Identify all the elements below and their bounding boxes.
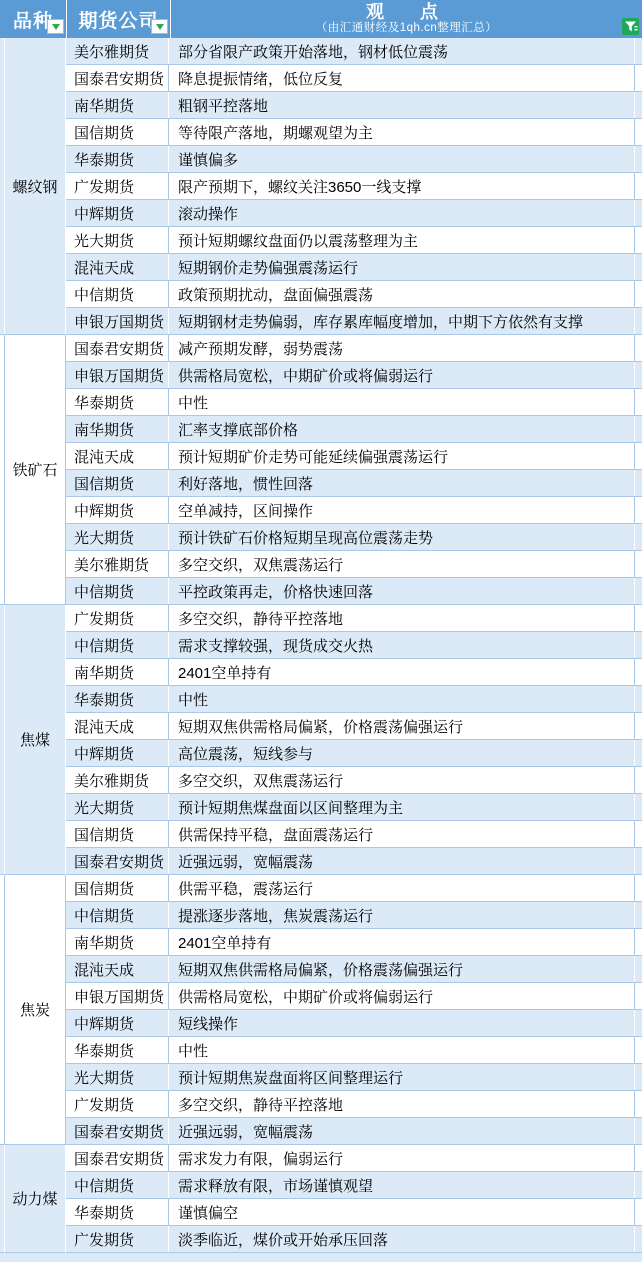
right-edge-strip <box>635 335 642 361</box>
company-cell[interactable]: 国泰君安期货 <box>66 65 169 91</box>
right-edge-strip <box>635 1145 642 1171</box>
view-cell[interactable]: 需求释放有限，市场谨慎观望 <box>169 1172 635 1198</box>
company-cell[interactable]: 国信期货 <box>66 119 169 145</box>
table-row: 中辉期货高位震荡，短线参与 <box>66 740 642 767</box>
view-cell[interactable]: 中性 <box>169 389 635 415</box>
right-edge-strip <box>635 1172 642 1198</box>
right-edge-strip <box>635 281 642 307</box>
right-edge-strip <box>635 416 642 442</box>
right-edge-strip <box>635 713 642 739</box>
company-cell[interactable]: 华泰期货 <box>66 686 169 712</box>
view-cell[interactable]: 短线操作 <box>169 1010 635 1036</box>
right-edge-strip <box>635 821 642 847</box>
right-edge-strip <box>635 875 642 901</box>
view-cell[interactable]: 预计短期矿价走势可能延续偏强震荡运行 <box>169 443 635 469</box>
table-row: 光大期货预计短期焦炭盘面将区间整理运行 <box>66 1064 642 1091</box>
view-cell[interactable]: 高位震荡，短线参与 <box>169 740 635 766</box>
company-cell[interactable]: 广发期货 <box>66 173 169 199</box>
table-row: 广发期货多空交织，静待平控落地 <box>66 1091 642 1118</box>
table-row: 南华期货2401空单持有 <box>66 659 642 686</box>
view-cell[interactable]: 供需保持平稳，盘面震荡运行 <box>169 821 635 847</box>
right-edge-strip <box>635 308 642 334</box>
right-edge-strip <box>635 686 642 712</box>
company-cell[interactable]: 中辉期货 <box>66 740 169 766</box>
section-rows: 广发期货多空交织，静待平控落地中信期货需求支撑较强，现货成交火热南华期货2401… <box>66 605 642 875</box>
right-edge-strip <box>635 92 642 118</box>
right-edge-strip <box>635 632 642 658</box>
right-edge-strip <box>635 200 642 226</box>
table-row: 国信期货利好落地，惯性回落 <box>66 470 642 497</box>
variety-cell[interactable]: 动力煤 <box>5 1145 66 1253</box>
view-cell[interactable]: 中性 <box>169 686 635 712</box>
view-cell[interactable]: 预计短期焦炭盘面将区间整理运行 <box>169 1064 635 1090</box>
table-row: 中辉期货短线操作 <box>66 1010 642 1037</box>
company-cell[interactable]: 广发期货 <box>66 1226 169 1252</box>
view-cell[interactable]: 谨慎偏多 <box>169 146 635 172</box>
table-row: 华泰期货中性 <box>66 389 642 416</box>
section-rows: 美尔雅期货部分省限产政策开始落地，钢材低位震荡国泰君安期货降息提振情绪，低位反复… <box>66 38 642 335</box>
right-edge-strip <box>635 659 642 685</box>
view-cell[interactable]: 供需格局宽松，中期矿价或将偏弱运行 <box>169 362 635 388</box>
table-row: 中信期货提涨逐步落地，焦炭震荡运行 <box>66 902 642 929</box>
company-cell[interactable]: 中信期货 <box>66 1172 169 1198</box>
company-filter-dropdown[interactable] <box>151 19 168 34</box>
chevron-down-icon <box>52 24 60 30</box>
variety-cell[interactable]: 焦煤 <box>5 605 66 875</box>
table-row: 国信期货供需平稳，震荡运行 <box>66 875 642 902</box>
right-edge-strip <box>635 173 642 199</box>
right-edge-strip <box>635 1118 642 1144</box>
table-row: 光大期货预计短期焦煤盘面以区间整理为主 <box>66 794 642 821</box>
company-cell[interactable]: 广发期货 <box>66 1091 169 1117</box>
company-cell[interactable]: 申银万国期货 <box>66 308 169 334</box>
right-edge-strip <box>635 65 642 91</box>
view-cell[interactable]: 2401空单持有 <box>169 659 635 685</box>
variety-section: 焦炭国信期货供需平稳，震荡运行中信期货提涨逐步落地，焦炭震荡运行南华期货2401… <box>0 875 642 1145</box>
table-row: 中信期货政策预期扰动，盘面偏强震荡 <box>66 281 642 308</box>
table-row: 国泰君安期货需求发力有限，偏弱运行 <box>66 1145 642 1172</box>
company-cell[interactable]: 中信期货 <box>66 578 169 604</box>
table-row: 华泰期货谨慎偏空 <box>66 1199 642 1226</box>
view-cell[interactable]: 谨慎偏空 <box>169 1199 635 1225</box>
right-edge-strip <box>635 956 642 982</box>
right-edge-strip <box>635 254 642 280</box>
view-cell[interactable]: 需求发力有限，偏弱运行 <box>169 1145 635 1171</box>
view-cell[interactable]: 短期钢材走势偏弱，库存累库幅度增加，中期下方依然有支撑 <box>169 308 635 334</box>
table-row: 混沌天成短期双焦供需格局偏紧，价格震荡偏强运行 <box>66 956 642 983</box>
table-row: 光大期货预计铁矿石价格短期呈现高位震荡走势 <box>66 524 642 551</box>
right-edge-strip <box>635 902 642 928</box>
view-cell[interactable]: 利好落地，惯性回落 <box>169 470 635 496</box>
view-cell[interactable]: 减产预期发酵，弱势震荡 <box>169 335 635 361</box>
right-edge-strip <box>635 227 642 253</box>
table-row: 美尔雅期货多空交织，双焦震荡运行 <box>66 767 642 794</box>
right-edge-strip <box>635 146 642 172</box>
header-cell-company[interactable]: 期货公司 <box>66 0 170 38</box>
header-cell-variety[interactable]: 品种 <box>0 0 66 38</box>
view-cell[interactable]: 空单减持，区间操作 <box>169 497 635 523</box>
table-row: 国泰君安期货近强远弱，宽幅震荡 <box>66 1118 642 1145</box>
right-edge-strip <box>635 551 642 577</box>
right-edge-strip <box>635 443 642 469</box>
right-edge-strip <box>635 983 642 1009</box>
view-cell[interactable]: 短期双焦供需格局偏紧，价格震荡偏强运行 <box>169 956 635 982</box>
right-edge-strip <box>635 470 642 496</box>
company-cell[interactable]: 混沌天成 <box>66 443 169 469</box>
company-cell[interactable]: 华泰期货 <box>66 1199 169 1225</box>
futures-opinion-table: 品种 期货公司 观 点 （由汇通财经及1qh.cn整理汇总） <box>0 0 642 1262</box>
company-cell[interactable]: 国信期货 <box>66 821 169 847</box>
company-cell[interactable]: 南华期货 <box>66 929 169 955</box>
view-cell[interactable]: 多空交织，双焦震荡运行 <box>169 767 635 793</box>
table-row: 中信期货平控政策再走，价格快速回落 <box>66 578 642 605</box>
company-cell[interactable]: 中辉期货 <box>66 1010 169 1036</box>
view-cell[interactable]: 2401空单持有 <box>169 929 635 955</box>
company-cell[interactable]: 国信期货 <box>66 470 169 496</box>
company-cell[interactable]: 中信期货 <box>66 632 169 658</box>
table-row: 光大期货预计短期螺纹盘面仍以震荡整理为主 <box>66 227 642 254</box>
view-cell[interactable]: 中性 <box>169 1037 635 1063</box>
view-cell[interactable]: 粗钢平控落地 <box>169 92 635 118</box>
table-row: 申银万国期货短期钢材走势偏弱，库存累库幅度增加，中期下方依然有支撑 <box>66 308 642 335</box>
variety-section: 焦煤广发期货多空交织，静待平控落地中信期货需求支撑较强，现货成交火热南华期货24… <box>0 605 642 875</box>
table-row: 混沌天成短期双焦供需格局偏紧，价格震荡偏强运行 <box>66 713 642 740</box>
table-row: 国泰君安期货减产预期发酵，弱势震荡 <box>66 335 642 362</box>
view-cell[interactable]: 供需格局宽松，中期矿价或将偏弱运行 <box>169 983 635 1009</box>
right-edge-strip <box>635 1226 642 1252</box>
table-body: 螺纹钢美尔雅期货部分省限产政策开始落地，钢材低位震荡国泰君安期货降息提振情绪，低… <box>0 38 642 1253</box>
company-cell[interactable]: 南华期货 <box>66 659 169 685</box>
company-cell[interactable]: 光大期货 <box>66 1064 169 1090</box>
view-cell[interactable]: 平控政策再走，价格快速回落 <box>169 578 635 604</box>
table-row: 华泰期货中性 <box>66 1037 642 1064</box>
view-cell[interactable]: 降息提振情绪，低位反复 <box>169 65 635 91</box>
view-cell[interactable]: 等待限产落地，期螺观望为主 <box>169 119 635 145</box>
right-edge-strip <box>635 119 642 145</box>
company-cell[interactable]: 广发期货 <box>66 605 169 631</box>
company-cell[interactable]: 混沌天成 <box>66 713 169 739</box>
company-cell[interactable]: 国信期货 <box>66 875 169 901</box>
company-cell[interactable]: 国泰君安期货 <box>66 1118 169 1144</box>
right-edge-strip <box>635 1199 642 1225</box>
company-cell[interactable]: 南华期货 <box>66 416 169 442</box>
company-cell[interactable]: 混沌天成 <box>66 254 169 280</box>
company-cell[interactable]: 中信期货 <box>66 902 169 928</box>
company-cell[interactable]: 中辉期货 <box>66 497 169 523</box>
right-edge-strip <box>635 524 642 550</box>
company-cell[interactable]: 美尔雅期货 <box>66 551 169 577</box>
table-row: 混沌天成短期钢价走势偏强震荡运行 <box>66 254 642 281</box>
right-edge-strip <box>635 794 642 820</box>
view-cell[interactable]: 需求支撑较强，现货成交火热 <box>169 632 635 658</box>
variety-section: 动力煤国泰君安期货需求发力有限，偏弱运行中信期货需求释放有限，市场谨慎观望华泰期… <box>0 1145 642 1253</box>
company-cell[interactable]: 光大期货 <box>66 227 169 253</box>
table-row: 南华期货2401空单持有 <box>66 929 642 956</box>
view-cell[interactable]: 部分省限产政策开始落地，钢材低位震荡 <box>169 38 635 64</box>
table-row: 国信期货等待限产落地，期螺观望为主 <box>66 119 642 146</box>
view-cell[interactable]: 淡季临近，煤价或开始承压回落 <box>169 1226 635 1252</box>
table-row: 广发期货多空交织，静待平控落地 <box>66 605 642 632</box>
section-rows: 国泰君安期货需求发力有限，偏弱运行中信期货需求释放有限，市场谨慎观望华泰期货谨慎… <box>66 1145 642 1253</box>
table-row: 华泰期货中性 <box>66 686 642 713</box>
table-row: 中信期货需求支撑较强，现货成交火热 <box>66 632 642 659</box>
company-cell[interactable]: 中辉期货 <box>66 200 169 226</box>
view-cell[interactable]: 多空交织，双焦震荡运行 <box>169 551 635 577</box>
variety-filter-dropdown[interactable] <box>47 19 64 34</box>
company-cell[interactable]: 国泰君安期货 <box>66 1145 169 1171</box>
right-edge-strip <box>635 389 642 415</box>
table-row: 广发期货淡季临近，煤价或开始承压回落 <box>66 1226 642 1253</box>
table-row: 美尔雅期货部分省限产政策开始落地，钢材低位震荡 <box>66 38 642 65</box>
right-edge-strip <box>635 1010 642 1036</box>
company-cell[interactable]: 南华期货 <box>66 92 169 118</box>
company-cell[interactable]: 中信期货 <box>66 281 169 307</box>
table-row: 华泰期货谨慎偏多 <box>66 146 642 173</box>
header-row: 品种 期货公司 观 点 （由汇通财经及1qh.cn整理汇总） <box>0 0 642 38</box>
view-cell[interactable]: 汇率支撑底部价格 <box>169 416 635 442</box>
right-edge-strip <box>635 1064 642 1090</box>
table-row: 南华期货汇率支撑底部价格 <box>66 416 642 443</box>
company-cell[interactable]: 国泰君安期货 <box>66 848 169 874</box>
table-row: 中辉期货滚动操作 <box>66 200 642 227</box>
right-edge-strip <box>635 605 642 631</box>
section-rows: 国泰君安期货减产预期发酵，弱势震荡申银万国期货供需格局宽松，中期矿价或将偏弱运行… <box>66 335 642 605</box>
table-row: 中信期货需求释放有限，市场谨慎观望 <box>66 1172 642 1199</box>
company-cell[interactable]: 光大期货 <box>66 524 169 550</box>
table-row: 美尔雅期货多空交织，双焦震荡运行 <box>66 551 642 578</box>
company-cell[interactable]: 华泰期货 <box>66 389 169 415</box>
table-row: 国泰君安期货近强远弱，宽幅震荡 <box>66 848 642 875</box>
company-cell[interactable]: 华泰期货 <box>66 1037 169 1063</box>
right-edge-strip <box>635 362 642 388</box>
table-row: 申银万国期货供需格局宽松，中期矿价或将偏弱运行 <box>66 983 642 1010</box>
header-cell-view[interactable]: 观 点 （由汇通财经及1qh.cn整理汇总） <box>170 0 642 38</box>
variety-section: 铁矿石国泰君安期货减产预期发酵，弱势震荡申银万国期货供需格局宽松，中期矿价或将偏… <box>0 335 642 605</box>
table-row: 国信期货供需保持平稳，盘面震荡运行 <box>66 821 642 848</box>
right-edge-strip <box>635 929 642 955</box>
view-cell[interactable]: 预计短期焦煤盘面以区间整理为主 <box>169 794 635 820</box>
company-cell[interactable]: 混沌天成 <box>66 956 169 982</box>
table-row: 混沌天成预计短期矿价走势可能延续偏强震荡运行 <box>66 443 642 470</box>
view-column-subtitle: （由汇通财经及1qh.cn整理汇总） <box>316 22 498 35</box>
section-rows: 国信期货供需平稳，震荡运行中信期货提涨逐步落地，焦炭震荡运行南华期货2401空单… <box>66 875 642 1145</box>
company-cell[interactable]: 国泰君安期货 <box>66 335 169 361</box>
view-cell[interactable]: 政策预期扰动，盘面偏强震荡 <box>169 281 635 307</box>
view-cell[interactable]: 限产预期下，螺纹关注3650一线支撑 <box>169 173 635 199</box>
view-cell[interactable]: 预计铁矿石价格短期呈现高位震荡走势 <box>169 524 635 550</box>
variety-section: 螺纹钢美尔雅期货部分省限产政策开始落地，钢材低位震荡国泰君安期货降息提振情绪，低… <box>0 38 642 335</box>
view-cell[interactable]: 预计短期螺纹盘面仍以震荡整理为主 <box>169 227 635 253</box>
right-edge-strip <box>635 848 642 874</box>
company-cell[interactable]: 美尔雅期货 <box>66 38 169 64</box>
view-cell[interactable]: 短期双焦供需格局偏紧，价格震荡偏强运行 <box>169 713 635 739</box>
view-cell[interactable]: 提涨逐步落地，焦炭震荡运行 <box>169 902 635 928</box>
view-cell[interactable]: 近强远弱，宽幅震荡 <box>169 1118 635 1144</box>
right-edge-strip <box>635 497 642 523</box>
table-row: 申银万国期货供需格局宽松，中期矿价或将偏弱运行 <box>66 362 642 389</box>
filter-funnel-icon[interactable] <box>622 18 639 35</box>
right-edge-strip <box>635 578 642 604</box>
right-edge-strip <box>635 740 642 766</box>
company-cell[interactable]: 光大期货 <box>66 794 169 820</box>
chevron-down-icon <box>156 24 164 30</box>
view-cell[interactable]: 供需平稳，震荡运行 <box>169 875 635 901</box>
company-cell[interactable]: 美尔雅期货 <box>66 767 169 793</box>
bottom-partial-row <box>0 1253 642 1262</box>
company-cell[interactable]: 申银万国期货 <box>66 983 169 1009</box>
company-column-label: 期货公司 <box>78 6 158 33</box>
view-cell[interactable]: 滚动操作 <box>169 200 635 226</box>
right-edge-strip <box>635 1037 642 1063</box>
view-cell[interactable]: 近强远弱，宽幅震荡 <box>169 848 635 874</box>
right-edge-strip <box>635 767 642 793</box>
variety-cell[interactable]: 铁矿石 <box>5 335 66 605</box>
view-column-label: 观 点 <box>366 3 447 22</box>
view-cell[interactable]: 短期钢价走势偏强震荡运行 <box>169 254 635 280</box>
variety-cell[interactable]: 焦炭 <box>5 875 66 1145</box>
company-cell[interactable]: 申银万国期货 <box>66 362 169 388</box>
view-cell[interactable]: 多空交织，静待平控落地 <box>169 1091 635 1117</box>
table-row: 国泰君安期货降息提振情绪，低位反复 <box>66 65 642 92</box>
right-edge-strip <box>635 38 642 64</box>
table-row: 中辉期货空单减持，区间操作 <box>66 497 642 524</box>
variety-cell[interactable]: 螺纹钢 <box>5 38 66 335</box>
right-edge-strip <box>635 1091 642 1117</box>
table-row: 广发期货限产预期下，螺纹关注3650一线支撑 <box>66 173 642 200</box>
company-cell[interactable]: 华泰期货 <box>66 146 169 172</box>
table-row: 南华期货粗钢平控落地 <box>66 92 642 119</box>
view-cell[interactable]: 多空交织，静待平控落地 <box>169 605 635 631</box>
